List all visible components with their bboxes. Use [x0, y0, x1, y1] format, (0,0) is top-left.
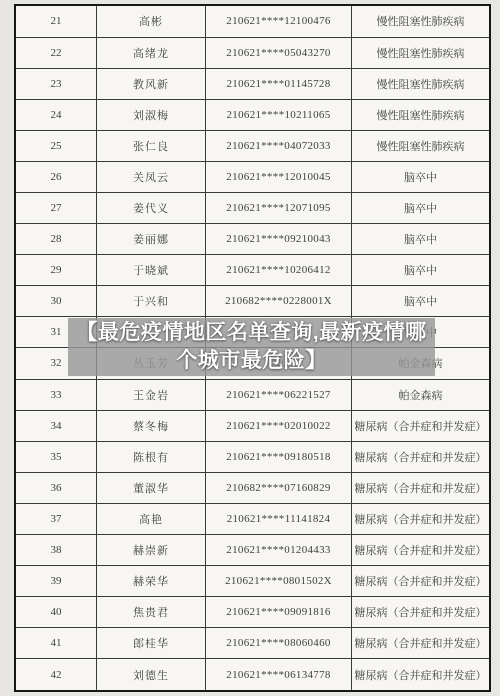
id-number-cell: 210621****09180518	[206, 441, 352, 472]
patient-list-document: 21 高彬 210621****12100476 慢性阻塞性肺疾病 22 高绪龙…	[0, 0, 500, 696]
row-number-cell: 25	[15, 130, 97, 161]
row-number-cell: 24	[15, 99, 97, 130]
disease-cell: 糖尿病（合并症和并发症）	[352, 503, 491, 534]
name-cell: 高彬	[97, 5, 206, 37]
name-cell: 教风新	[97, 68, 206, 99]
table-row: 30 于兴和 210682****0228001X 脑卒中	[15, 286, 490, 317]
id-number-cell: 210621****06134778	[206, 659, 352, 691]
disease-cell: 糖尿病（合并症和并发症）	[352, 441, 491, 472]
table-row: 35 陈根有 210621****09180518 糖尿病（合并症和并发症）	[15, 441, 490, 472]
row-number-cell: 35	[15, 441, 97, 472]
disease-cell: 帕金森病	[352, 379, 491, 410]
watermark-title-overlay: 【最危疫情地区名单查询,最新疫情哪 个城市最危险】	[68, 318, 435, 376]
id-number-cell: 210621****02010022	[206, 410, 352, 441]
row-number-cell: 26	[15, 161, 97, 192]
watermark-title-line2: 个城市最危险】	[176, 347, 327, 375]
disease-cell: 糖尿病（合并症和并发症）	[352, 566, 491, 597]
id-number-cell: 210621****04072033	[206, 130, 352, 161]
name-cell: 王金岩	[97, 379, 206, 410]
name-cell: 姜代义	[97, 192, 206, 223]
disease-cell: 慢性阻塞性肺疾病	[352, 130, 491, 161]
row-number-cell: 36	[15, 472, 97, 503]
row-number-cell: 37	[15, 503, 97, 534]
name-cell: 郎桂华	[97, 628, 206, 659]
id-number-cell: 210621****06221527	[206, 379, 352, 410]
table-row: 23 教风新 210621****01145728 慢性阻塞性肺疾病	[15, 68, 490, 99]
disease-cell: 糖尿病（合并症和并发症）	[352, 410, 491, 441]
name-cell: 张仁良	[97, 130, 206, 161]
name-cell: 姜丽娜	[97, 224, 206, 255]
disease-cell: 脑卒中	[352, 286, 491, 317]
name-cell: 陈根有	[97, 441, 206, 472]
row-number-cell: 27	[15, 192, 97, 223]
id-number-cell: 210621****01145728	[206, 68, 352, 99]
table-row: 29 于晓斌 210621****10206412 脑卒中	[15, 255, 490, 286]
row-number-cell: 30	[15, 286, 97, 317]
table-row: 39 赫荣华 210621****0801502X 糖尿病（合并症和并发症）	[15, 566, 490, 597]
disease-cell: 脑卒中	[352, 255, 491, 286]
table-row: 24 刘淑梅 210621****10211065 慢性阻塞性肺疾病	[15, 99, 490, 130]
disease-cell: 慢性阻塞性肺疾病	[352, 5, 491, 37]
row-number-cell: 29	[15, 255, 97, 286]
name-cell: 董淑华	[97, 472, 206, 503]
row-number-cell: 34	[15, 410, 97, 441]
disease-cell: 脑卒中	[352, 161, 491, 192]
disease-cell: 慢性阻塞性肺疾病	[352, 37, 491, 68]
id-number-cell: 210621****10211065	[206, 99, 352, 130]
row-number-cell: 21	[15, 5, 97, 37]
row-number-cell: 23	[15, 68, 97, 99]
disease-cell: 糖尿病（合并症和并发症）	[352, 535, 491, 566]
name-cell: 赫崇新	[97, 535, 206, 566]
id-number-cell: 210621****11141824	[206, 503, 352, 534]
name-cell: 高艳	[97, 503, 206, 534]
table-row: 33 王金岩 210621****06221527 帕金森病	[15, 379, 490, 410]
disease-cell: 糖尿病（合并症和并发症）	[352, 472, 491, 503]
table-row: 41 郎桂华 210621****08060460 糖尿病（合并症和并发症）	[15, 628, 490, 659]
id-number-cell: 210621****09210043	[206, 224, 352, 255]
name-cell: 高绪龙	[97, 37, 206, 68]
row-number-cell: 28	[15, 224, 97, 255]
table-row: 38 赫崇新 210621****01204433 糖尿病（合并症和并发症）	[15, 535, 490, 566]
id-number-cell: 210621****12100476	[206, 5, 352, 37]
name-cell: 于兴和	[97, 286, 206, 317]
disease-cell: 脑卒中	[352, 192, 491, 223]
name-cell: 于晓斌	[97, 255, 206, 286]
name-cell: 刘淑梅	[97, 99, 206, 130]
id-number-cell: 210621****09091816	[206, 597, 352, 628]
id-number-cell: 210621****12071095	[206, 192, 352, 223]
name-cell: 刘德生	[97, 659, 206, 691]
name-cell: 蔡冬梅	[97, 410, 206, 441]
disease-cell: 糖尿病（合并症和并发症）	[352, 597, 491, 628]
table-row: 40 焦贵君 210621****09091816 糖尿病（合并症和并发症）	[15, 597, 490, 628]
table-row: 34 蔡冬梅 210621****02010022 糖尿病（合并症和并发症）	[15, 410, 490, 441]
id-number-cell: 210621****01204433	[206, 535, 352, 566]
row-number-cell: 42	[15, 659, 97, 691]
id-number-cell: 210621****12010045	[206, 161, 352, 192]
table-row: 25 张仁良 210621****04072033 慢性阻塞性肺疾病	[15, 130, 490, 161]
row-number-cell: 22	[15, 37, 97, 68]
table-row: 36 董淑华 210682****07160829 糖尿病（合并症和并发症）	[15, 472, 490, 503]
row-number-cell: 39	[15, 566, 97, 597]
id-number-cell: 210621****05043270	[206, 37, 352, 68]
name-cell: 赫荣华	[97, 566, 206, 597]
watermark-title-line1: 【最危疫情地区名单查询,最新疫情哪	[76, 319, 426, 347]
table-row: 21 高彬 210621****12100476 慢性阻塞性肺疾病	[15, 5, 490, 37]
id-number-cell: 210621****10206412	[206, 255, 352, 286]
disease-cell: 慢性阻塞性肺疾病	[352, 68, 491, 99]
table-row: 22 高绪龙 210621****05043270 慢性阻塞性肺疾病	[15, 37, 490, 68]
disease-cell: 糖尿病（合并症和并发症）	[352, 659, 491, 691]
id-number-cell: 210682****07160829	[206, 472, 352, 503]
row-number-cell: 40	[15, 597, 97, 628]
name-cell: 关凤云	[97, 161, 206, 192]
id-number-cell: 210621****0801502X	[206, 566, 352, 597]
row-number-cell: 33	[15, 379, 97, 410]
table-row: 28 姜丽娜 210621****09210043 脑卒中	[15, 224, 490, 255]
table-row: 26 关凤云 210621****12010045 脑卒中	[15, 161, 490, 192]
id-number-cell: 210621****08060460	[206, 628, 352, 659]
id-number-cell: 210682****0228001X	[206, 286, 352, 317]
disease-cell: 脑卒中	[352, 224, 491, 255]
disease-cell: 糖尿病（合并症和并发症）	[352, 628, 491, 659]
table-row: 42 刘德生 210621****06134778 糖尿病（合并症和并发症）	[15, 659, 490, 691]
table-row: 27 姜代义 210621****12071095 脑卒中	[15, 192, 490, 223]
name-cell: 焦贵君	[97, 597, 206, 628]
row-number-cell: 38	[15, 535, 97, 566]
disease-cell: 慢性阻塞性肺疾病	[352, 99, 491, 130]
row-number-cell: 41	[15, 628, 97, 659]
table-row: 37 高艳 210621****11141824 糖尿病（合并症和并发症）	[15, 503, 490, 534]
